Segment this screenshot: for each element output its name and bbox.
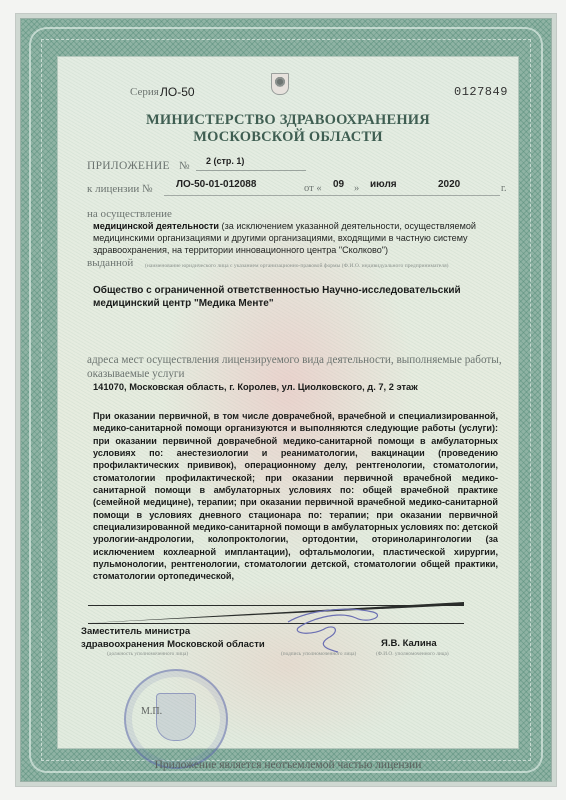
- ministry-title: МИНИСТЕРСТВО ЗДРАВООХРАНЕНИЯ МОСКОВСКОЙ …: [58, 112, 518, 146]
- role-line-2: здравоохранения Московской области: [81, 638, 265, 651]
- ministry-line-2: МОСКОВСКОЙ ОБЛАСТИ: [58, 129, 518, 146]
- issued-to-label: выданной: [87, 257, 133, 269]
- series-value: ЛО-50: [160, 85, 195, 99]
- license-number: ЛО-50-01-012088: [166, 179, 291, 190]
- signatory-role: Заместитель министра здравоохранения Мос…: [81, 625, 265, 651]
- activity-type: медицинской деятельности: [93, 221, 219, 231]
- license-sheet: Серия ЛО-50 0127849 МИНИСТЕРСТВО ЗДРАВОО…: [16, 14, 556, 786]
- year-suffix: г.: [501, 183, 506, 194]
- appendix-number-sign: №: [179, 160, 190, 172]
- services-list: При оказании первичной, в том числе довр…: [93, 410, 498, 583]
- ministry-line-1: МИНИСТЕРСТВО ЗДРАВООХРАНЕНИЯ: [58, 112, 518, 129]
- stamp-place-label: М.П.: [141, 706, 162, 717]
- date-prefix: от «: [304, 183, 322, 194]
- appendix-number: 2 (стр. 1): [196, 156, 306, 171]
- form-number: 0127849: [454, 85, 508, 99]
- activity-label: на осуществление: [87, 208, 172, 220]
- hint-signature: (подпись уполномоченного лица): [281, 651, 356, 657]
- appendix-label: ПРИЛОЖЕНИЕ: [87, 160, 170, 172]
- russian-coat-of-arms-icon: [271, 73, 289, 95]
- organization-name: Общество с ограниченной ответственностью…: [93, 285, 503, 310]
- license-day: 09: [333, 179, 351, 190]
- signatory-name: Я.В. Калина: [381, 638, 437, 649]
- hint-fio: (Ф.И.О. уполномоченного лица): [376, 651, 449, 657]
- license-label: к лицензии №: [87, 183, 153, 195]
- address-label: адреса мест осуществления лицензируемого…: [87, 354, 517, 381]
- document-panel: Серия ЛО-50 0127849 МИНИСТЕРСТВО ЗДРАВОО…: [57, 56, 519, 749]
- activity-description: медицинской деятельности (за исключением…: [93, 220, 503, 256]
- hint-position: (должность уполномоченного лица): [107, 651, 188, 657]
- series-label: Серия: [130, 86, 159, 98]
- license-underline: [164, 195, 500, 196]
- official-seal-icon: [124, 669, 228, 769]
- license-year: 2020: [418, 179, 508, 190]
- footer-note: Приложение является неотъемлемой частью …: [58, 759, 518, 771]
- role-line-1: Заместитель министра: [81, 625, 265, 638]
- day-close-quote: »: [354, 183, 359, 194]
- address-value: 141070, Московская область, г. Королев, …: [93, 382, 418, 392]
- issued-to-hint: (наименование юридического лица с указан…: [145, 260, 515, 273]
